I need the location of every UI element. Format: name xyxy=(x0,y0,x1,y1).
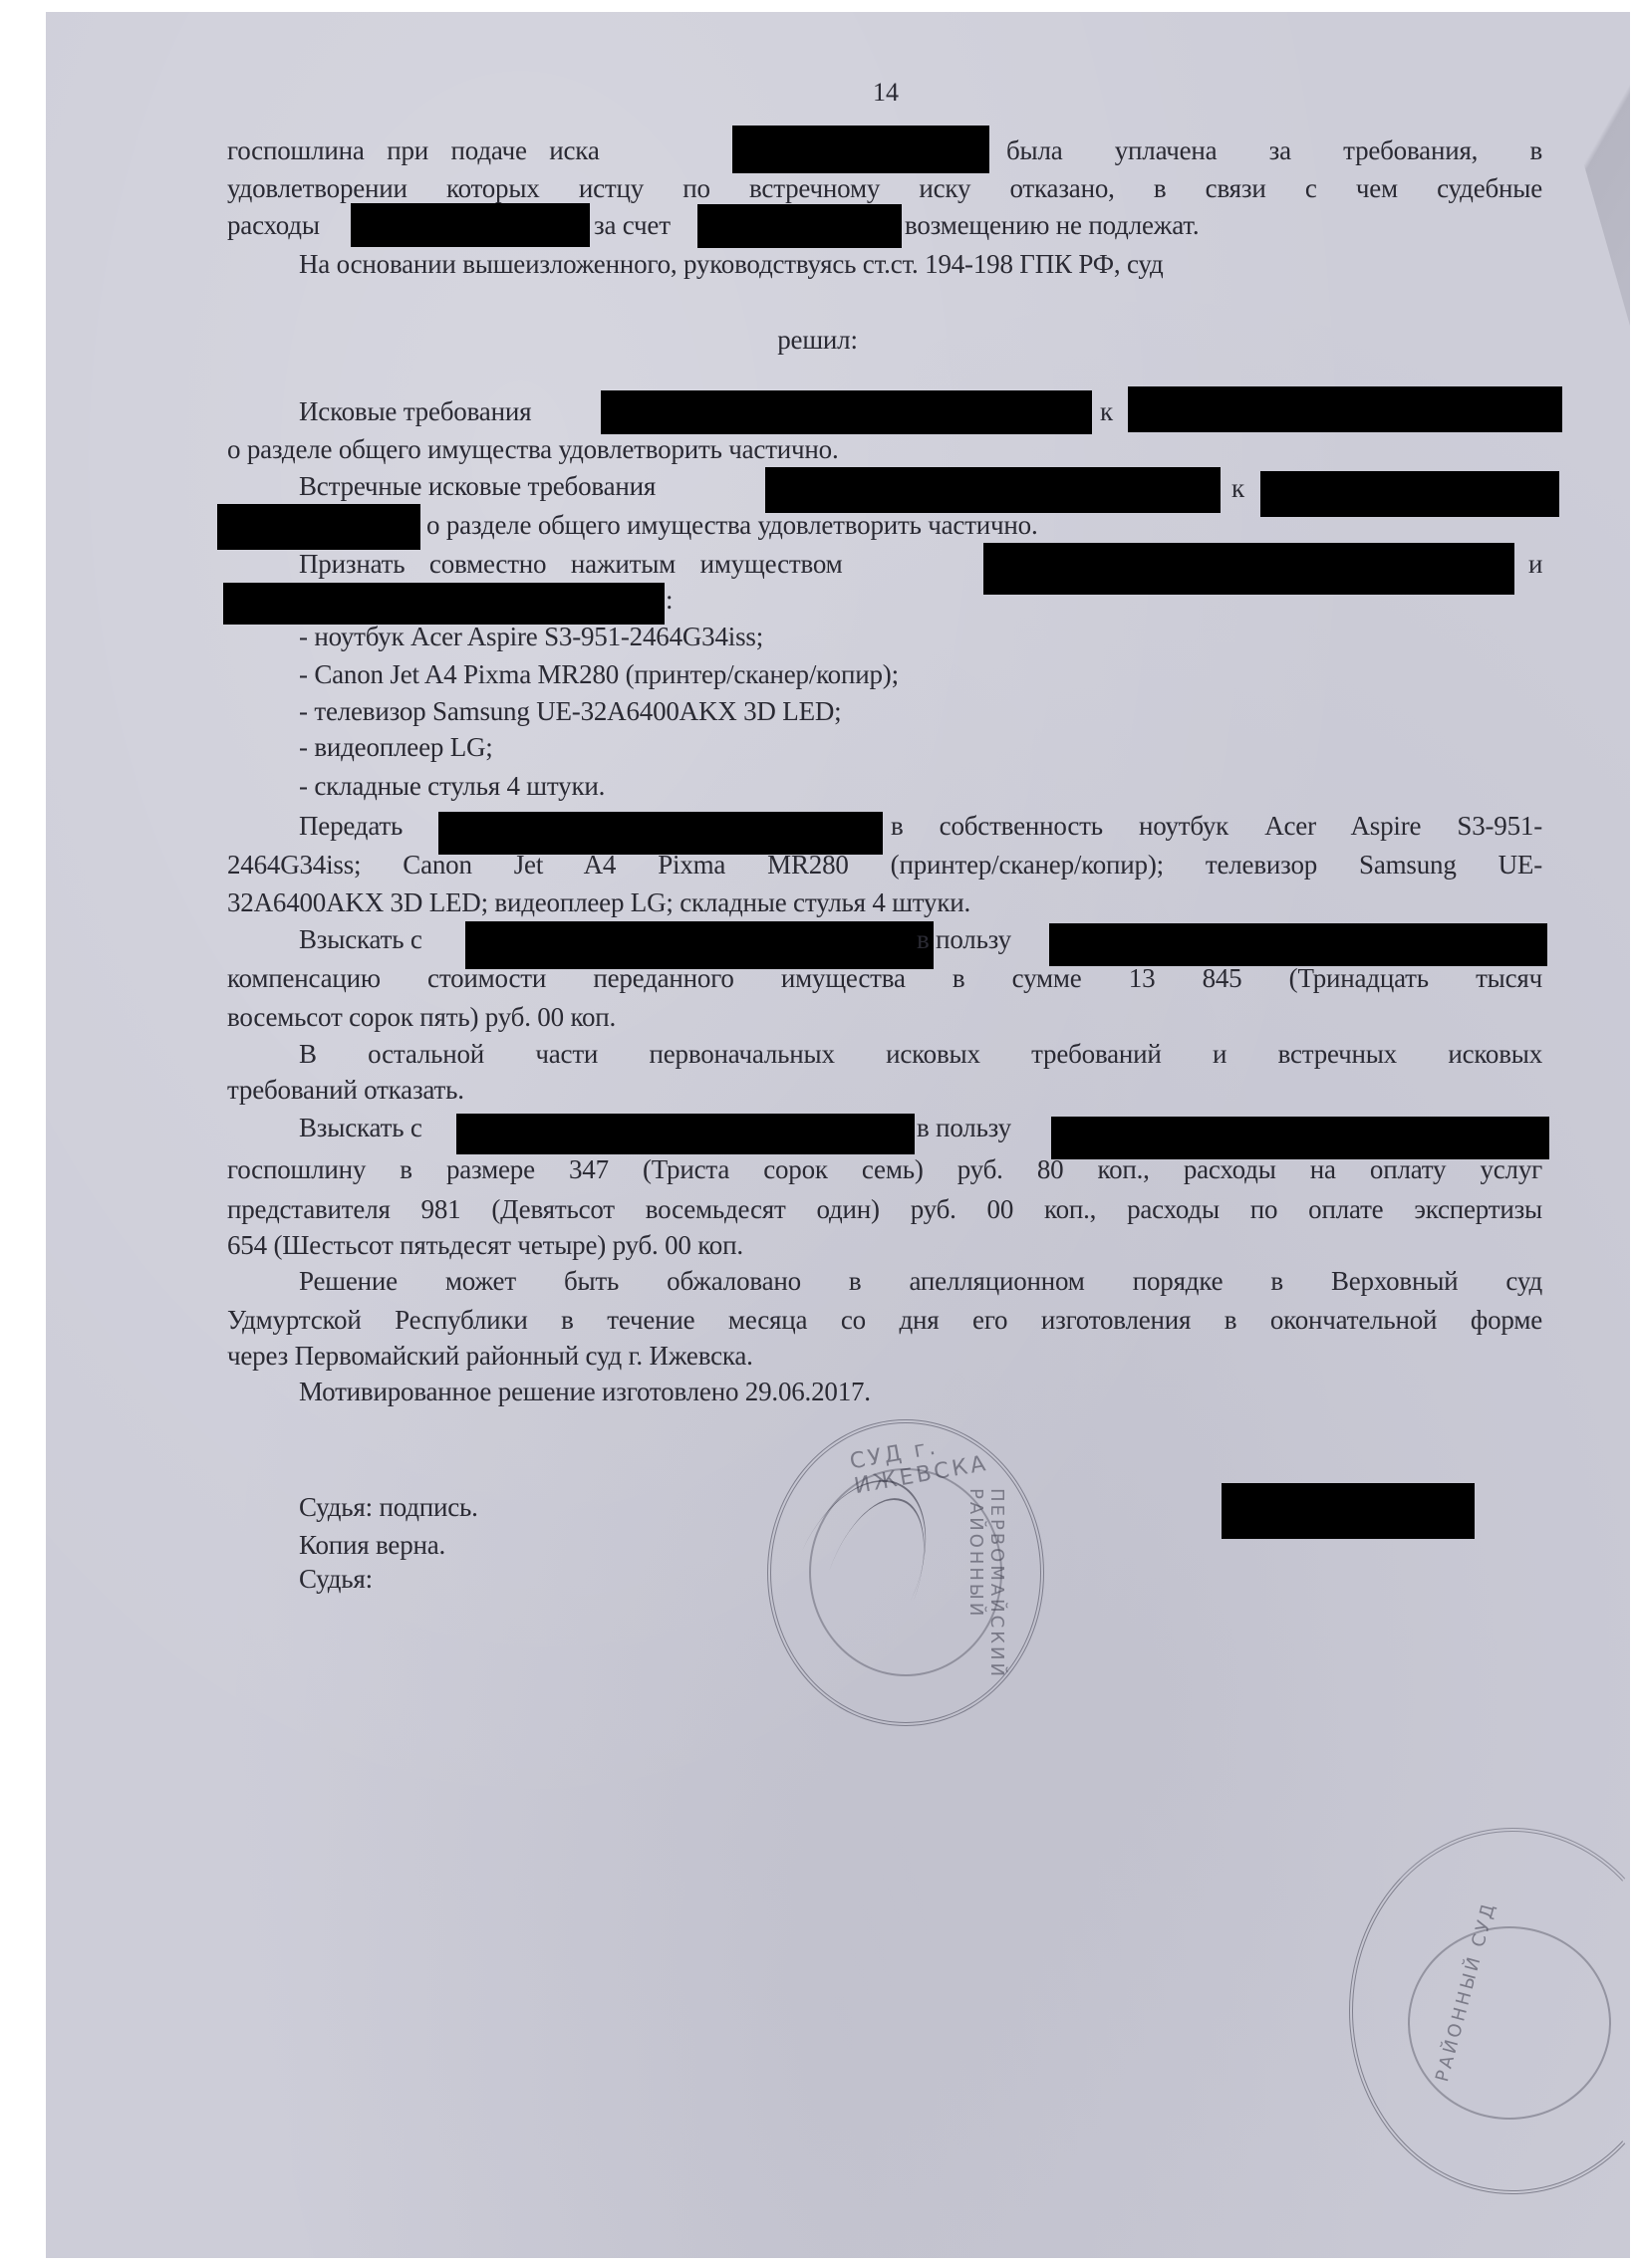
redaction-block xyxy=(732,126,989,173)
text-line: 654 (Шестьсот пятьдесят четыре) руб. 00 … xyxy=(227,1227,1542,1264)
list-item: - Canon Jet A4 Pixma MR280 (принтер/скан… xyxy=(299,656,1542,693)
redaction-block xyxy=(697,204,902,248)
decision-heading: решил: xyxy=(0,322,1635,359)
page-number: 14 xyxy=(873,78,899,108)
text-line: была уплачена за требования, в xyxy=(1006,132,1542,169)
redaction-block xyxy=(983,543,1514,595)
text-line: удовлетворении которых истцу по встречно… xyxy=(227,170,1542,207)
text-line: требований отказать. xyxy=(227,1072,1542,1109)
text-line: возмещению не подлежат. xyxy=(905,207,1403,244)
text-line: Исковые требования xyxy=(299,393,598,430)
text-fragment: госпошлина при подаче иска xyxy=(227,135,600,165)
text-fragment: была уплачена за требования, в xyxy=(1006,132,1542,169)
text-line: восемьсот сорок пять) руб. 00 коп. xyxy=(227,999,1542,1036)
text-line: компенсацию стоимости переданного имущес… xyxy=(227,960,1542,997)
text-line: В остальной части первоначальных исковых… xyxy=(299,1036,1542,1073)
judge-label: Судья: xyxy=(299,1561,1542,1598)
text-line: к xyxy=(1231,470,1261,507)
text-line: за счет xyxy=(594,207,703,244)
text-line: о разделе общего имущества удовлетворить… xyxy=(227,431,1542,468)
list-item: - телевизор Samsung UE-32A6400AKX 3D LED… xyxy=(299,693,1542,730)
text-line: Признать совместно нажитым имуществом xyxy=(299,546,996,583)
page-fold-shadow xyxy=(1431,12,1630,709)
text-line: через Первомайский районный суд г. Ижевс… xyxy=(227,1338,1542,1375)
text-line: Встречные исковые требования xyxy=(299,468,757,505)
redaction-block xyxy=(1128,386,1562,432)
text-line: представителя 981 (Девятьсот восемьдесят… xyxy=(227,1191,1542,1228)
text-line: 2464G34iss; Canon Jet A4 Pixma MR280 (пр… xyxy=(227,847,1542,883)
text-line: Взыскать с xyxy=(299,1110,458,1146)
list-item: - ноутбук Acer Aspire S3-951-2464G34iss; xyxy=(299,619,1542,655)
text-line: 32A6400AKX 3D LED; видеоплеер LG; складн… xyxy=(227,884,1542,921)
redaction-block xyxy=(456,1114,915,1154)
redaction-block xyxy=(1222,1483,1475,1539)
text-line: госпошлину в размере 347 (Триста сорок с… xyxy=(227,1151,1542,1188)
text-line: о разделе общего имущества удовлетворить… xyxy=(426,507,1323,544)
text-line: Удмуртской Республики в течение месяца с… xyxy=(227,1302,1542,1339)
redaction-block xyxy=(217,504,420,550)
text-line: в пользу xyxy=(917,921,1046,958)
text-line: : xyxy=(666,582,685,619)
text-line: и xyxy=(1528,546,1548,583)
text-line: Мотивированное решение изготовлено 29.06… xyxy=(299,1374,1542,1410)
redaction-block xyxy=(601,390,1092,434)
text-line: в собственность ноутбук Acer Aspire S3-9… xyxy=(891,808,1542,845)
text-line: На основании вышеизложенного, руководств… xyxy=(299,246,1542,283)
list-item: - видеоплеер LG; xyxy=(299,729,1542,766)
text-line: Передать xyxy=(299,808,438,845)
text-line: Решение может быть обжаловано в апелляци… xyxy=(299,1263,1542,1300)
text-line: к xyxy=(1100,393,1130,430)
list-item: - складные стулья 4 штуки. xyxy=(299,768,1542,805)
text-line: Взыскать с xyxy=(299,921,458,958)
redaction-block xyxy=(351,203,590,247)
text-line: в пользу xyxy=(917,1110,1046,1146)
